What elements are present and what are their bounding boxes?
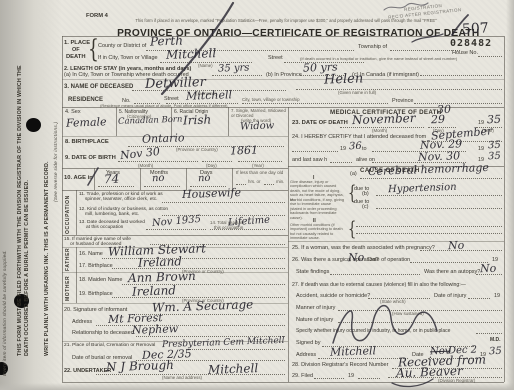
age-hrs-label: hrs. or: [248, 179, 260, 184]
mother-birthplace-label: 19. Birthplace: [79, 291, 113, 298]
trade-label-2: spinner, teamster, office clerk, etc.: [85, 197, 157, 203]
entry-line: [476, 274, 502, 275]
findings-label: State findings: [296, 269, 329, 276]
cause-note-2: Morbid conditions, if any, giving rise t…: [290, 198, 344, 220]
birthplace-value: Ontario: [142, 131, 185, 145]
death-date-label: 23. DATE OF DEATH: [292, 120, 348, 127]
form-border-left: [62, 36, 63, 382]
place-label-3: DEATH: [66, 54, 86, 61]
entry-line: [376, 195, 502, 196]
bottom-scan-shading: [0, 383, 514, 390]
entry-line: [314, 378, 344, 379]
entry-line: [390, 50, 460, 51]
physician-address-label: Address: [296, 352, 316, 359]
external-label: 27. If death was due to external causes …: [292, 282, 466, 288]
entry-line: [358, 378, 380, 379]
entry-line: [360, 178, 502, 179]
cause-b-label: (b): [362, 191, 369, 198]
rule: [62, 190, 288, 191]
trade-value: Housewife: [182, 186, 241, 201]
injury-year-prefix: 19: [494, 293, 500, 300]
to-year-value: 35: [488, 140, 501, 151]
birth-date-month-day: Nov 30: [119, 145, 160, 162]
entry-line: [330, 274, 420, 275]
to-year-prefix: 19: [478, 146, 484, 153]
occupation-section-label: OCCUPATION: [65, 194, 71, 236]
cause-b-value: Hypertension: [388, 182, 457, 195]
total-years-value: Lifetime: [228, 215, 271, 229]
death-month-value: November: [352, 111, 416, 127]
entry-line: [236, 184, 246, 185]
informant-relationship-label: Relationship to deceased: [72, 330, 134, 337]
nationality-value: Canadian Born: [118, 116, 166, 126]
age-years-value: 74: [104, 172, 120, 187]
entry-line: [210, 229, 285, 230]
marital-value: Widow: [240, 120, 275, 132]
entry-line: [238, 161, 282, 162]
entry-line: [476, 333, 502, 334]
place-label-2: OF: [72, 47, 80, 54]
box-divider: [94, 168, 95, 190]
column-divider: [288, 107, 289, 382]
undertaker-hint: (Name and address): [162, 375, 202, 380]
county-label: County or District of: [98, 43, 146, 50]
operation-value: No: [348, 251, 365, 265]
undertaker-value: N J Brough: [106, 358, 174, 374]
cause-a-label: (a): [350, 171, 357, 178]
certify-label: 24. I HEREBY CERTIFY that I attended dec…: [292, 134, 426, 141]
entry-line: [356, 226, 502, 227]
last-worked-label-2: at this occupation: [86, 225, 123, 231]
cause-brace-ii: {: [348, 218, 356, 241]
entry-line: [242, 103, 388, 104]
city-label: If in City, Town or Village: [98, 55, 158, 62]
box-divider: [116, 107, 117, 136]
given-name-hint: (Given name in full): [338, 90, 376, 95]
birthplace-hint: (Province or Country): [176, 147, 218, 152]
age-label: 10. AGE in: [64, 175, 93, 182]
stay-a-value: 35 yrs: [218, 62, 250, 74]
street-label: Street: [268, 55, 283, 62]
entry-line: [144, 186, 180, 187]
right-scan-shading: [506, 0, 514, 390]
birthplace-label: 8. BIRTHPLACE: [65, 139, 109, 146]
form-border-right: [504, 36, 505, 382]
scanned-death-certificate: Every item of information should be care…: [0, 0, 514, 390]
rule: [62, 168, 288, 169]
cause-c-label: (c): [362, 204, 368, 211]
entry-line: [478, 56, 502, 57]
place-label-1: 1. PLACE: [64, 40, 90, 47]
entry-line: [414, 103, 502, 104]
section-divider: [76, 247, 77, 272]
mail-notice: This form if placed in an envelope, mark…: [100, 19, 472, 24]
house-no-label: House No.: [452, 50, 478, 57]
operation-date-label: Date of operation: [368, 257, 410, 264]
entry-line: [410, 262, 488, 263]
nature-label: Nature of injury: [296, 317, 333, 324]
specify-label: Specify whether injury occurred in indus…: [296, 328, 450, 334]
entry-line: [102, 258, 285, 259]
entry-line: [420, 75, 502, 76]
from-year-value: 36: [349, 141, 362, 152]
name-hint: (Name): [198, 63, 213, 68]
residence-street-value: Mitchell: [186, 88, 232, 103]
physician-address-value: Mitchell: [330, 344, 376, 359]
autopsy-label: Was there an autopsy?: [424, 269, 480, 276]
box-divider: [228, 107, 229, 136]
marital-label: 7. Single, Married, Widowed or Divorced: [231, 108, 286, 118]
md-label: M.D.: [490, 337, 501, 343]
birth-year-value: 1861: [230, 144, 258, 158]
informant-signature: Wm. A Securage: [152, 297, 254, 315]
injury-date-label: Date of injury: [434, 293, 466, 300]
from-year-prefix: 19: [340, 146, 346, 153]
filed-year-prefix: 19: [348, 373, 354, 380]
entry-line: [420, 250, 502, 251]
township-label: Township of: [358, 44, 387, 51]
entry-line: [338, 322, 502, 323]
filed-label: 29. Filed: [292, 373, 313, 380]
cause-a-value: Cerebral hemorrhage: [368, 161, 489, 178]
mother-name-label: 18. Maiden Name: [79, 277, 122, 284]
residence-city-label: City, town, village or township: [242, 97, 300, 102]
record-number-label: 28. Division Registrar's Record Number: [292, 362, 388, 369]
residence-province-label: Province: [392, 98, 413, 105]
entry-line: [330, 162, 352, 163]
last-year-value: 35: [488, 151, 501, 162]
entry-line: [264, 184, 274, 185]
deceased-given-name: Helen: [324, 71, 364, 87]
last-worked-value: Nov 1935: [152, 214, 202, 229]
margin-note-filed: THIS FORM MUST BE FILED FORTHWITH WITH T…: [17, 64, 31, 356]
birth-date-label: 9. DATE OF BIRTH: [65, 155, 116, 162]
margin-note-reverse-side: (See reverse side for instructions.): [54, 62, 60, 202]
age-less-label: If less than one day old: [236, 170, 283, 175]
entry-line: [186, 349, 285, 350]
racial-origin-value: Irish: [183, 113, 212, 128]
entry-line: [146, 229, 206, 230]
entry-line: [212, 75, 262, 76]
sex-value: Female: [66, 115, 107, 129]
entry-line: [468, 298, 490, 299]
entry-line: [292, 151, 338, 152]
last-saw-label: and last saw h: [292, 157, 327, 164]
box-divider: [140, 168, 141, 190]
margin-note-write-plainly: WRITE PLAINLY WITH UNFADING INK. THIS IS…: [44, 104, 51, 356]
informant-address-label: Address: [72, 319, 92, 326]
industry-label-2: mill, lumbering, bank, etc.: [85, 212, 139, 218]
signed-by-label: Signed by: [296, 340, 320, 347]
rule: [62, 235, 288, 236]
entry-line: [96, 325, 285, 326]
father-name-label: 16. Name: [79, 251, 103, 258]
signed-year-value: 35: [489, 346, 502, 357]
father-birthplace-label: 17. Birthplace: [79, 263, 113, 270]
entry-line: [118, 161, 198, 162]
manner-label: Manner of injury: [296, 305, 335, 312]
age-min-label: min.: [276, 179, 284, 184]
mother-section-label: MOTHER: [65, 276, 71, 301]
entry-line: [356, 233, 502, 234]
death-day-value: 29: [431, 113, 445, 126]
section-divider: [76, 272, 77, 303]
entry-line: [98, 186, 134, 187]
operation-label: 26. Was there a surgical operation?: [292, 257, 379, 264]
accident-label: Accident, suicide or homicide?: [296, 293, 370, 300]
box-divider: [186, 168, 187, 190]
county-value: Perth: [150, 33, 183, 48]
age-days-value: no: [198, 173, 211, 184]
entry-line: [202, 161, 232, 162]
entry-line: [318, 358, 408, 359]
stay-b-label: (b) In Province: [266, 72, 302, 79]
serial-number: 028482: [450, 38, 492, 49]
section-divider: [76, 190, 77, 235]
entry-line: [376, 208, 502, 209]
sex-label: 4. Sex: [65, 109, 81, 116]
entry-line: [162, 202, 285, 203]
form-border-top: [62, 36, 504, 37]
father-section-label: FATHER: [65, 249, 71, 271]
residence-label: RESIDENCE: [68, 97, 103, 104]
entry-line: [296, 89, 502, 90]
rule: [288, 241, 504, 242]
age-months-value: no: [152, 173, 165, 184]
division-registrar-hint: (Division Registrar): [438, 378, 475, 383]
margin-note-every-item: Every item of information should be care…: [3, 96, 9, 376]
death-month-hint: (Month): [372, 128, 387, 133]
city-value: Mitchell: [166, 46, 217, 62]
state-which-hint: (State which): [380, 299, 406, 304]
residence-street-label: Street: [164, 96, 179, 103]
informant-relationship-value: Nephew: [132, 322, 179, 337]
to-label: to: [362, 146, 367, 153]
left-scan-shading: [0, 0, 62, 390]
how-sustained-hint: (How sustained): [392, 311, 424, 316]
cause-note-3: Other morbid conditions (if important) c…: [290, 223, 346, 240]
deceased-label: 3. NAME OF DECEASED: [64, 84, 133, 91]
rule: [62, 79, 504, 80]
